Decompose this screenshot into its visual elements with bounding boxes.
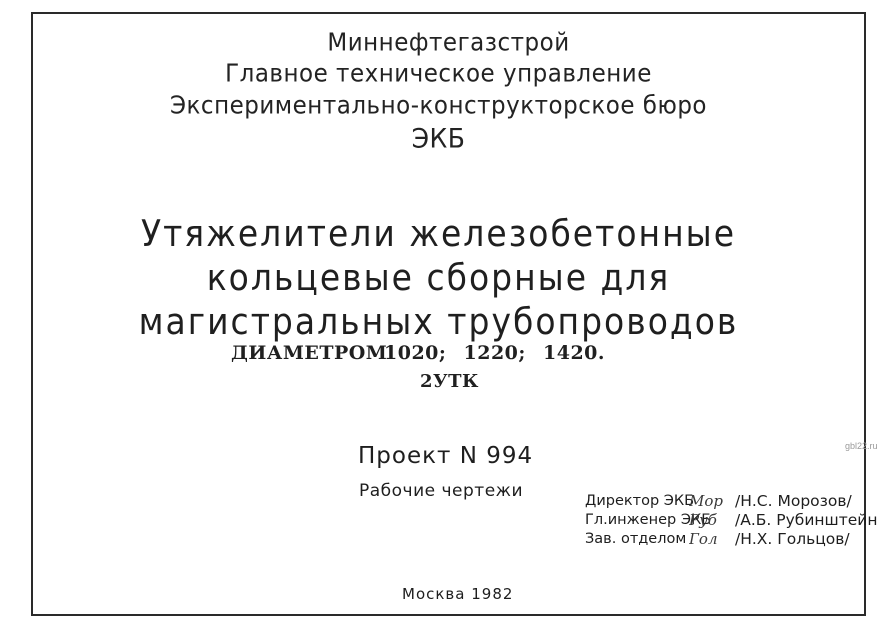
document-title-line-3: магистральных трубопроводов bbox=[0, 300, 877, 343]
handwritten-signature: Гол bbox=[689, 530, 735, 549]
project-number: Проект N 994 bbox=[358, 443, 533, 469]
signature-row-director: Директор ЭКБ Мор /Н.С. Морозов/ bbox=[585, 492, 877, 511]
signatory-name: /Н.С. Морозов/ bbox=[735, 492, 852, 511]
document-title-line-1: Утяжелители железобетонные bbox=[0, 212, 877, 255]
diameter-label: ДИАМЕТРОМ bbox=[231, 342, 387, 364]
signature-role: Директор ЭКБ bbox=[585, 492, 689, 511]
product-code: 2УТК bbox=[420, 371, 479, 392]
watermark: gbl22.ru bbox=[845, 441, 877, 451]
signature-role: Гл.инженер ЭКБ bbox=[585, 511, 689, 530]
signature-role: Зав. отделом bbox=[585, 530, 689, 549]
bureau-name: Экспериментально-конструкторское бюро bbox=[0, 92, 877, 120]
signature-row-department-head: Зав. отделом Гол /Н.Х. Гольцов/ bbox=[585, 530, 877, 549]
bureau-abbreviation: ЭКБ bbox=[0, 123, 877, 154]
project-subtitle: Рабочие чертежи bbox=[359, 481, 523, 501]
document-title-line-2: кольцевые сборные для bbox=[0, 256, 877, 299]
handwritten-signature: Руб bbox=[689, 511, 735, 530]
city-year: Москва 1982 bbox=[402, 585, 513, 603]
signature-block: Директор ЭКБ Мор /Н.С. Морозов/ Гл.инжен… bbox=[585, 492, 877, 549]
signatory-name: /Н.Х. Гольцов/ bbox=[735, 530, 850, 549]
signature-row-chief-engineer: Гл.инженер ЭКБ Руб /А.Б. Рубинштейн/ bbox=[585, 511, 877, 530]
signatory-name: /А.Б. Рубинштейн/ bbox=[735, 511, 877, 530]
handwritten-signature: Мор bbox=[689, 492, 735, 511]
directorate-name: Главное техническое управление bbox=[0, 60, 877, 88]
diameter-values: 1020; 1220; 1420. bbox=[384, 342, 605, 364]
ministry-name: Миннефтегазстрой bbox=[10, 29, 877, 57]
